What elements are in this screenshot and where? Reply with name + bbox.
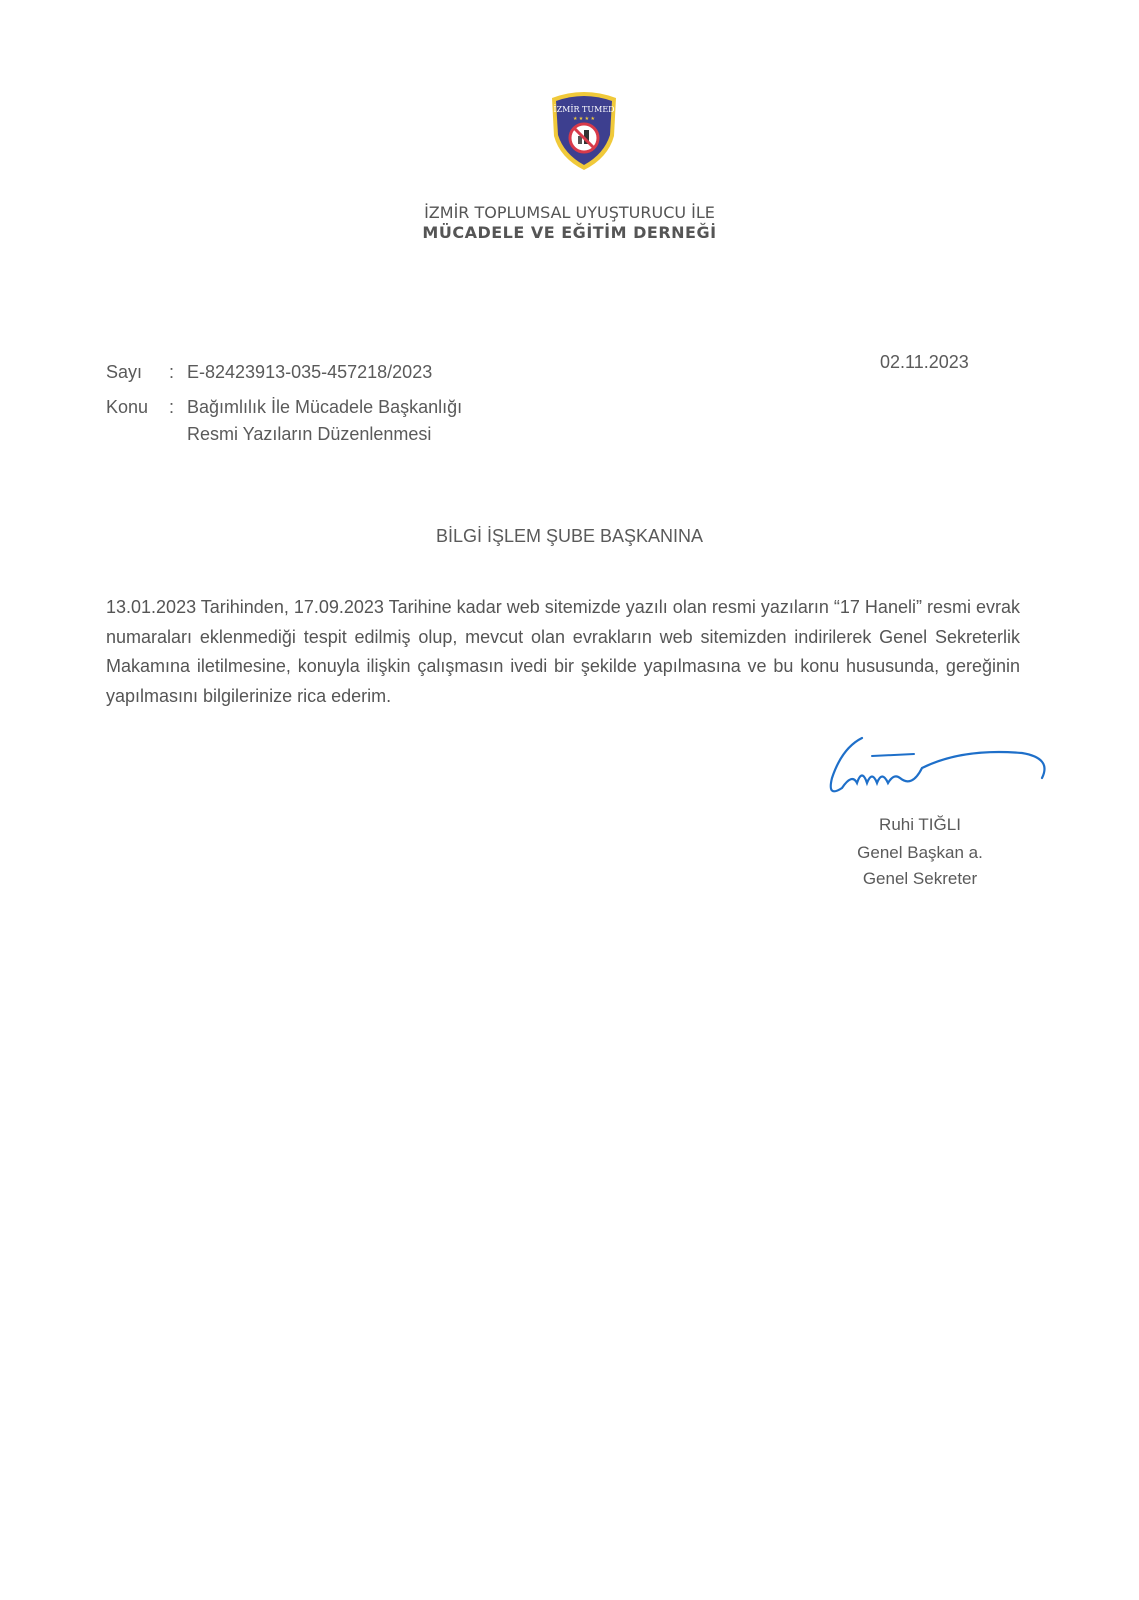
signer-title-line1: Genel Başkan a. (830, 843, 1010, 863)
svg-text:İZMİR TUMED: İZMİR TUMED (553, 105, 614, 114)
addressee: BİLGİ İŞLEM ŞUBE BAŞKANINA (0, 526, 1139, 547)
document-number: Sayı:E-82423913-035-457218/2023 (106, 362, 432, 383)
no-drugs-shield-icon: İZMİR TUMED ★ ★ ★ ★ (548, 88, 620, 172)
signer-title-line2: Genel Sekreter (830, 869, 1010, 889)
subject-line1: Bağımlılık İle Mücadele Başkanlığı (187, 397, 462, 417)
organization-logo: İZMİR TUMED ★ ★ ★ ★ (548, 88, 620, 172)
organization-name-line2: MÜCADELE VE EĞİTİM DERNEĞİ (0, 223, 1139, 242)
number-label: Sayı (106, 362, 169, 383)
subject-line2: Resmi Yazıların Düzenlenmesi (187, 424, 431, 445)
signer-name: Ruhi TIĞLI (830, 815, 1010, 835)
handwritten-signature-icon (822, 728, 1062, 808)
number-value: E-82423913-035-457218/2023 (187, 362, 432, 382)
subject-separator: : (169, 397, 187, 418)
svg-text:★ ★ ★ ★: ★ ★ ★ ★ (573, 116, 596, 122)
document-date: 02.11.2023 (880, 352, 969, 373)
body-paragraph: 13.01.2023 Tarihinden, 17.09.2023 Tarihi… (106, 593, 1020, 711)
document-subject: Konu:Bağımlılık İle Mücadele Başkanlığı (106, 397, 462, 418)
subject-label: Konu (106, 397, 169, 418)
organization-name-line1: İZMİR TOPLUMSAL UYUŞTURUCU İLE (0, 203, 1139, 222)
number-separator: : (169, 362, 187, 383)
